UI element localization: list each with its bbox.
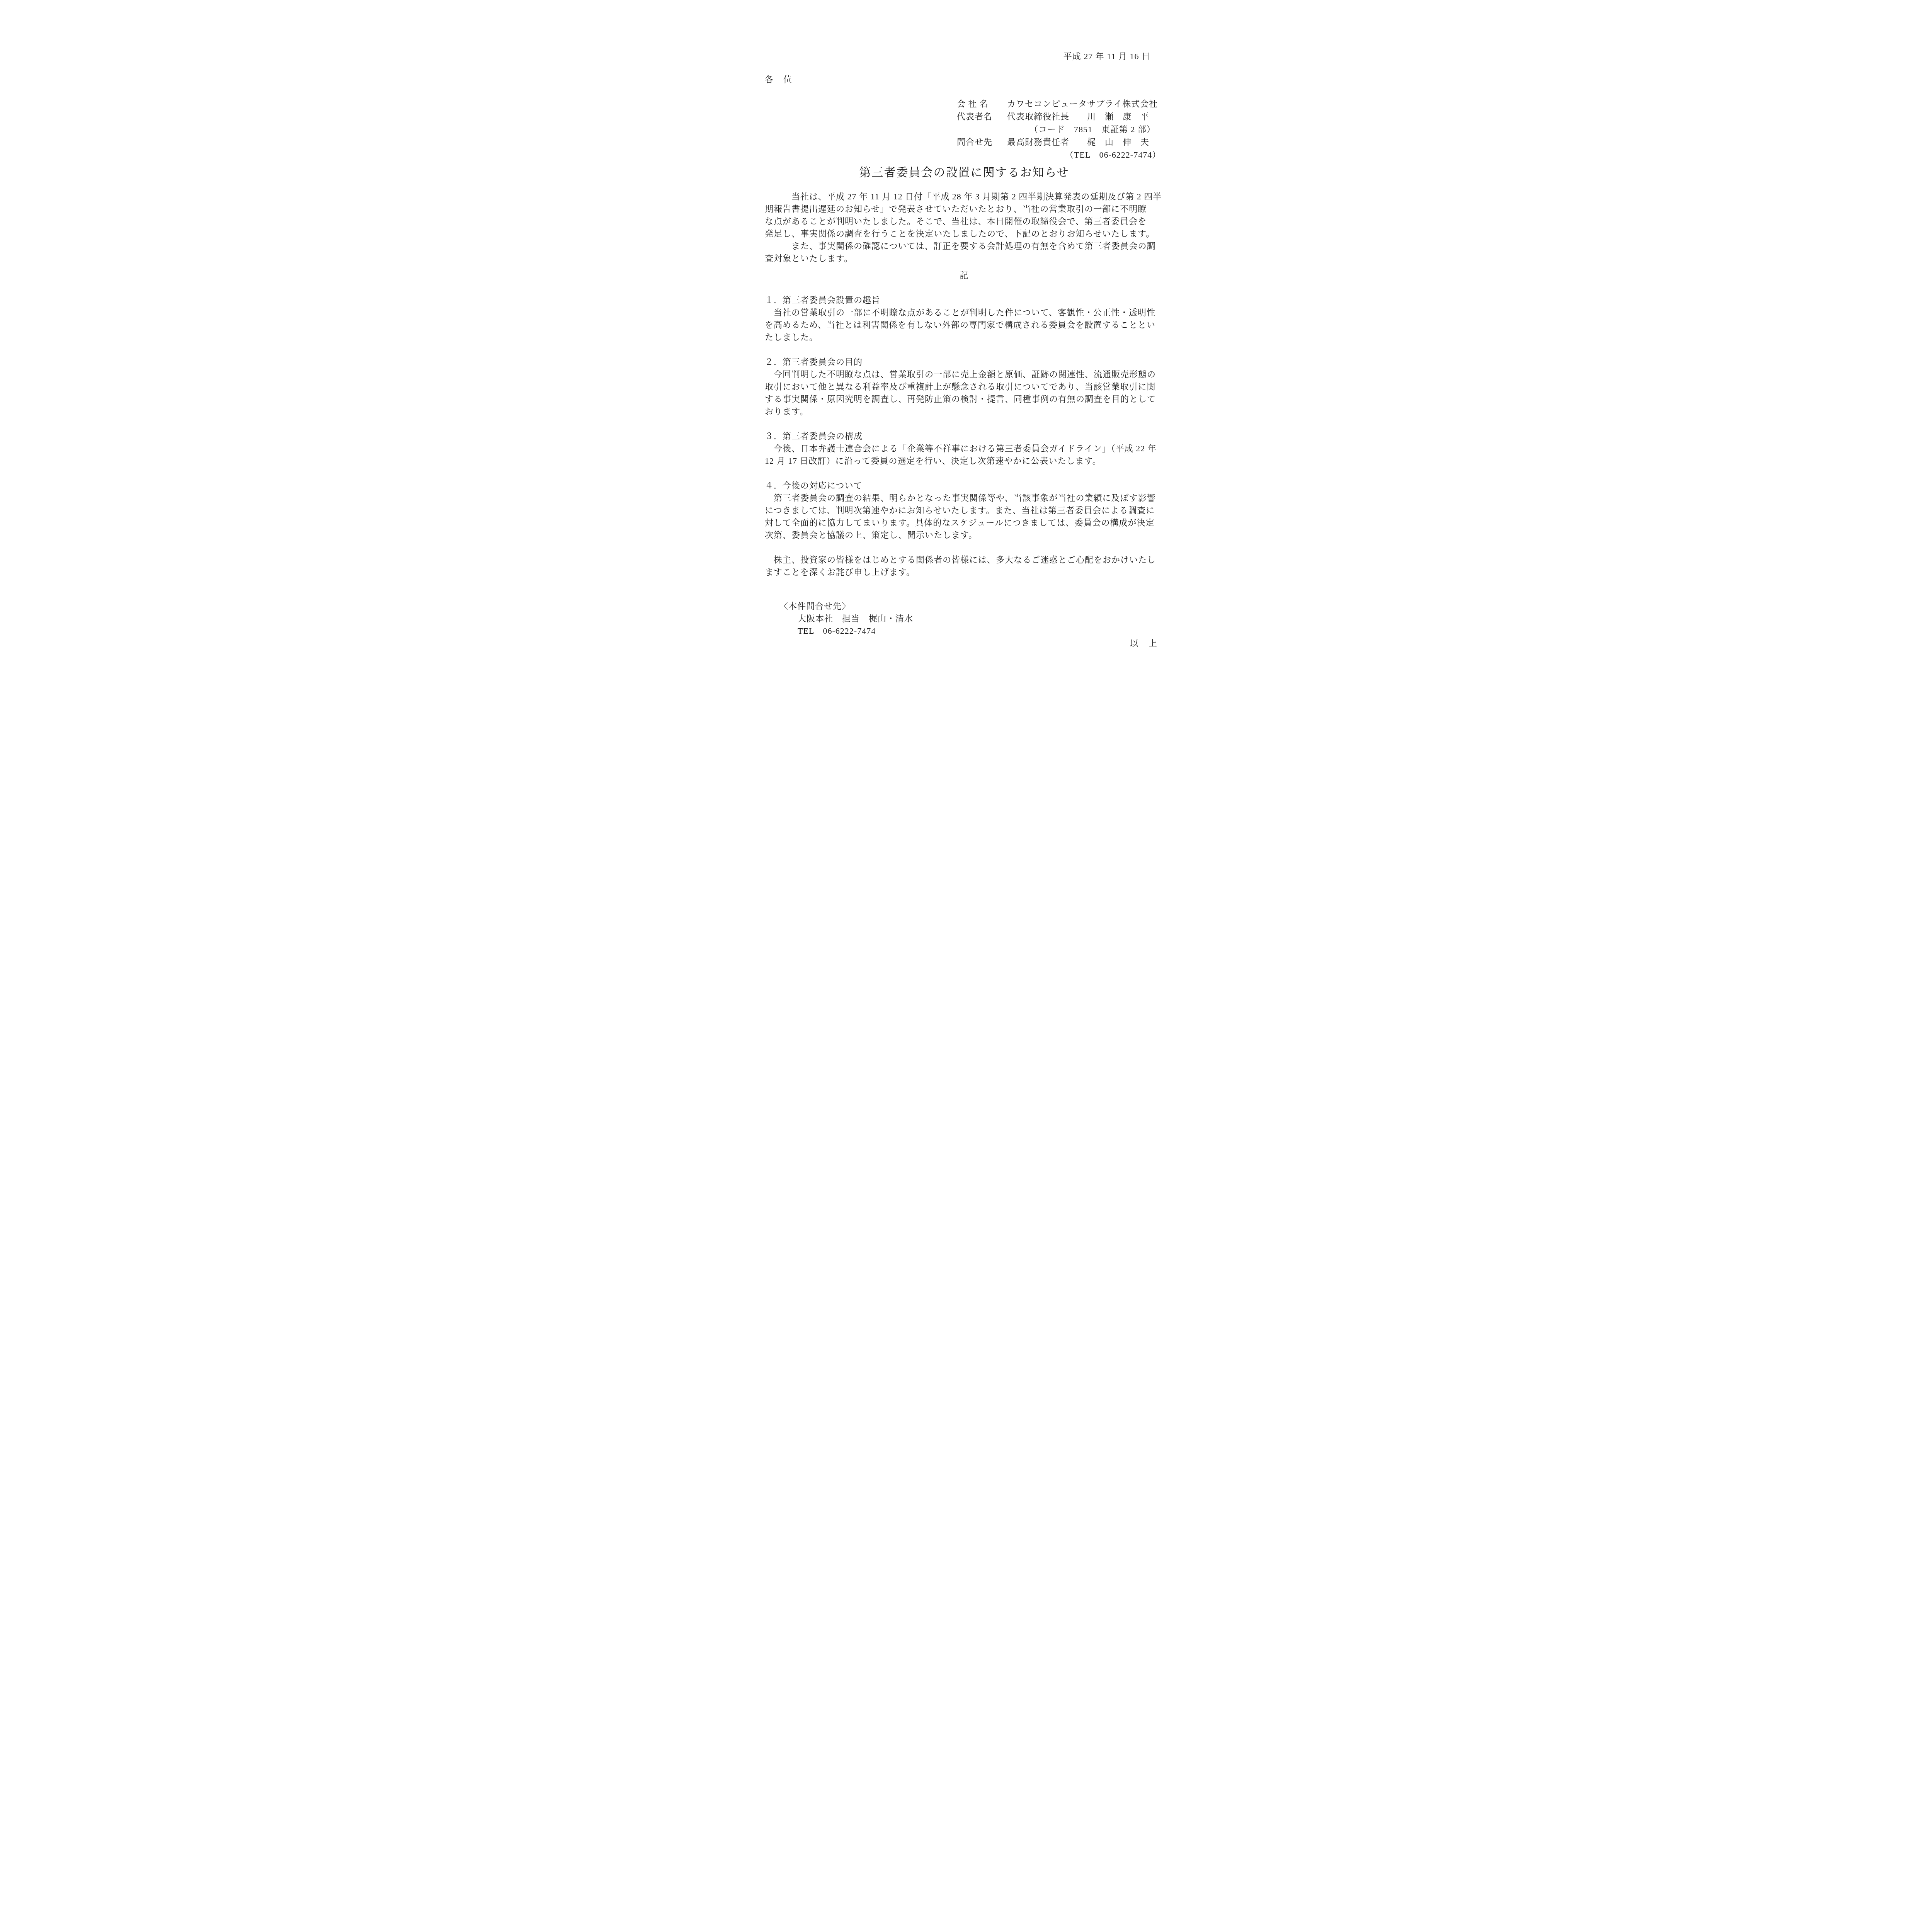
closing-mark: 以 上 xyxy=(765,637,1164,650)
representative-label: 代表者名 xyxy=(957,110,1007,123)
apology-paragraph: 株主、投資家の皆様をはじめとする関係者の皆様には、多大なるご迷惑とご心配をおかけ… xyxy=(765,554,1164,578)
salutation: 各 位 xyxy=(765,73,1164,86)
company-name-value: カワセコンピュータサプライ株式会社 xyxy=(1007,99,1158,109)
tel-row: （TEL 06-6222-7474） xyxy=(957,148,1164,161)
tel-value: （TEL 06-6222-7474） xyxy=(1007,150,1161,160)
inquiry-contact-row: 問合せ先最高財務責任者 梶 山 伸 夫 xyxy=(957,136,1164,148)
section-4-future-response: ４．今後の対応について 第三者委員会の調査の結果、明らかとなった事実関係等や、当… xyxy=(765,480,1164,541)
contact-tel-line: TEL 06-6222-7474 xyxy=(798,625,1164,637)
contact-heading: 〈本件問合せ先〉 xyxy=(779,600,1164,612)
section-1-purpose: １．第三者委員会設置の趣旨 当社の営業取引の一部に不明瞭な点があることが判明した… xyxy=(765,294,1164,344)
inquiry-contact-label: 問合せ先 xyxy=(957,136,1007,148)
document-title: 第三者委員会の設置に関するお知らせ xyxy=(765,164,1164,181)
company-name-label: 会 社 名 xyxy=(957,97,1007,110)
contact-office-line: 大阪本社 担当 梶山・清水 xyxy=(798,612,1164,625)
company-info-block: 会 社 名カワセコンピュータサプライ株式会社 代表者名代表取締役社長 川 瀬 康… xyxy=(957,97,1164,161)
company-name-row: 会 社 名カワセコンピュータサプライ株式会社 xyxy=(957,97,1164,110)
stock-code-value: （コード 7851 東証第 2 部） xyxy=(1007,124,1155,134)
representative-row: 代表者名代表取締役社長 川 瀬 康 平 xyxy=(957,110,1164,123)
section-3-composition: ３．第三者委員会の構成 今後、日本弁護士連合会による「企業等不祥事における第三者… xyxy=(765,430,1164,467)
document-page: 平成 27 年 11 月 16 日 各 位 会 社 名カワセコンピュータサプライ… xyxy=(718,0,1198,678)
document-date: 平成 27 年 11 月 16 日 xyxy=(765,50,1164,63)
contact-block: 〈本件問合せ先〉 大阪本社 担当 梶山・清水 TEL 06-6222-7474 xyxy=(765,600,1164,637)
section-2-objective: ２．第三者委員会の目的 今回判明した不明瞭な点は、営業取引の一部に売上金額と原価… xyxy=(765,356,1164,418)
ki-marker: 記 xyxy=(765,269,1164,282)
representative-value: 代表取締役社長 川 瀬 康 平 xyxy=(1007,112,1149,121)
inquiry-contact-value: 最高財務責任者 梶 山 伸 夫 xyxy=(1007,137,1149,147)
stock-code-row: （コード 7851 東証第 2 部） xyxy=(957,123,1164,136)
intro-paragraph: 当社は、平成 27 年 11 月 12 日付「平成 28 年 3 月期第 2 四… xyxy=(765,190,1164,265)
